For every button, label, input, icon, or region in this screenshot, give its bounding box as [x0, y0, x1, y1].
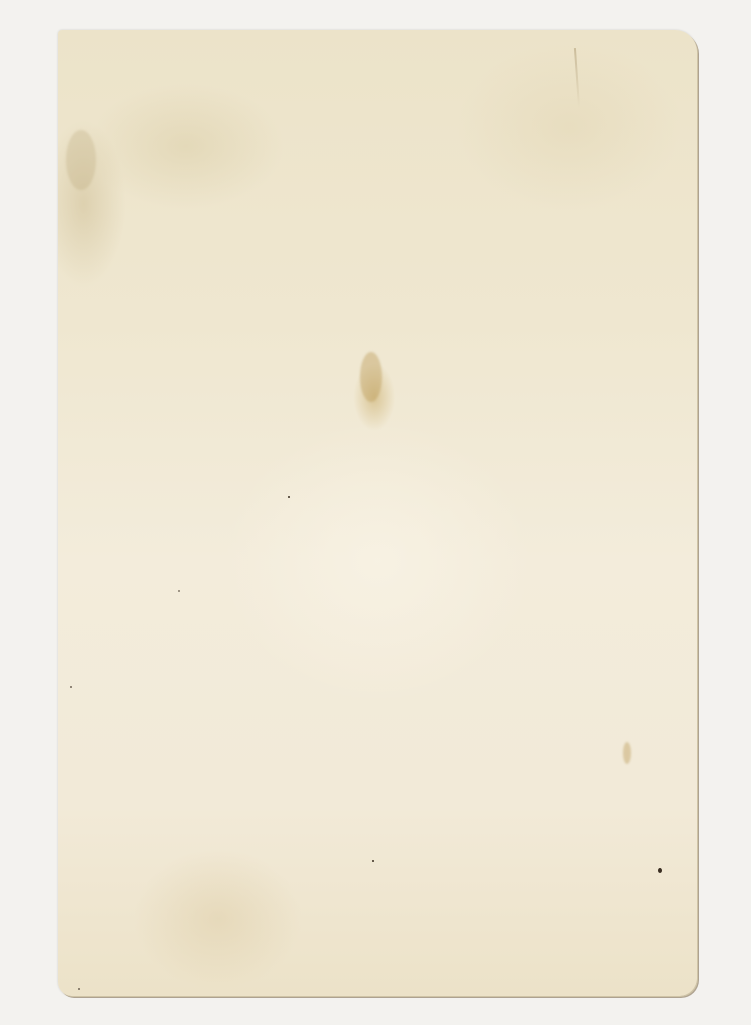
- paper-crease: [574, 48, 580, 108]
- aged-paper-card: [58, 30, 697, 996]
- speck-mark: [658, 868, 662, 873]
- speck-mark: [78, 988, 80, 990]
- speck-mark: [288, 496, 290, 498]
- speck-mark: [372, 860, 374, 862]
- stain-mark: [66, 130, 96, 190]
- speck-mark: [178, 590, 180, 592]
- stain-mark: [623, 742, 631, 764]
- speck-mark: [70, 686, 72, 688]
- stain-mark: [360, 352, 382, 402]
